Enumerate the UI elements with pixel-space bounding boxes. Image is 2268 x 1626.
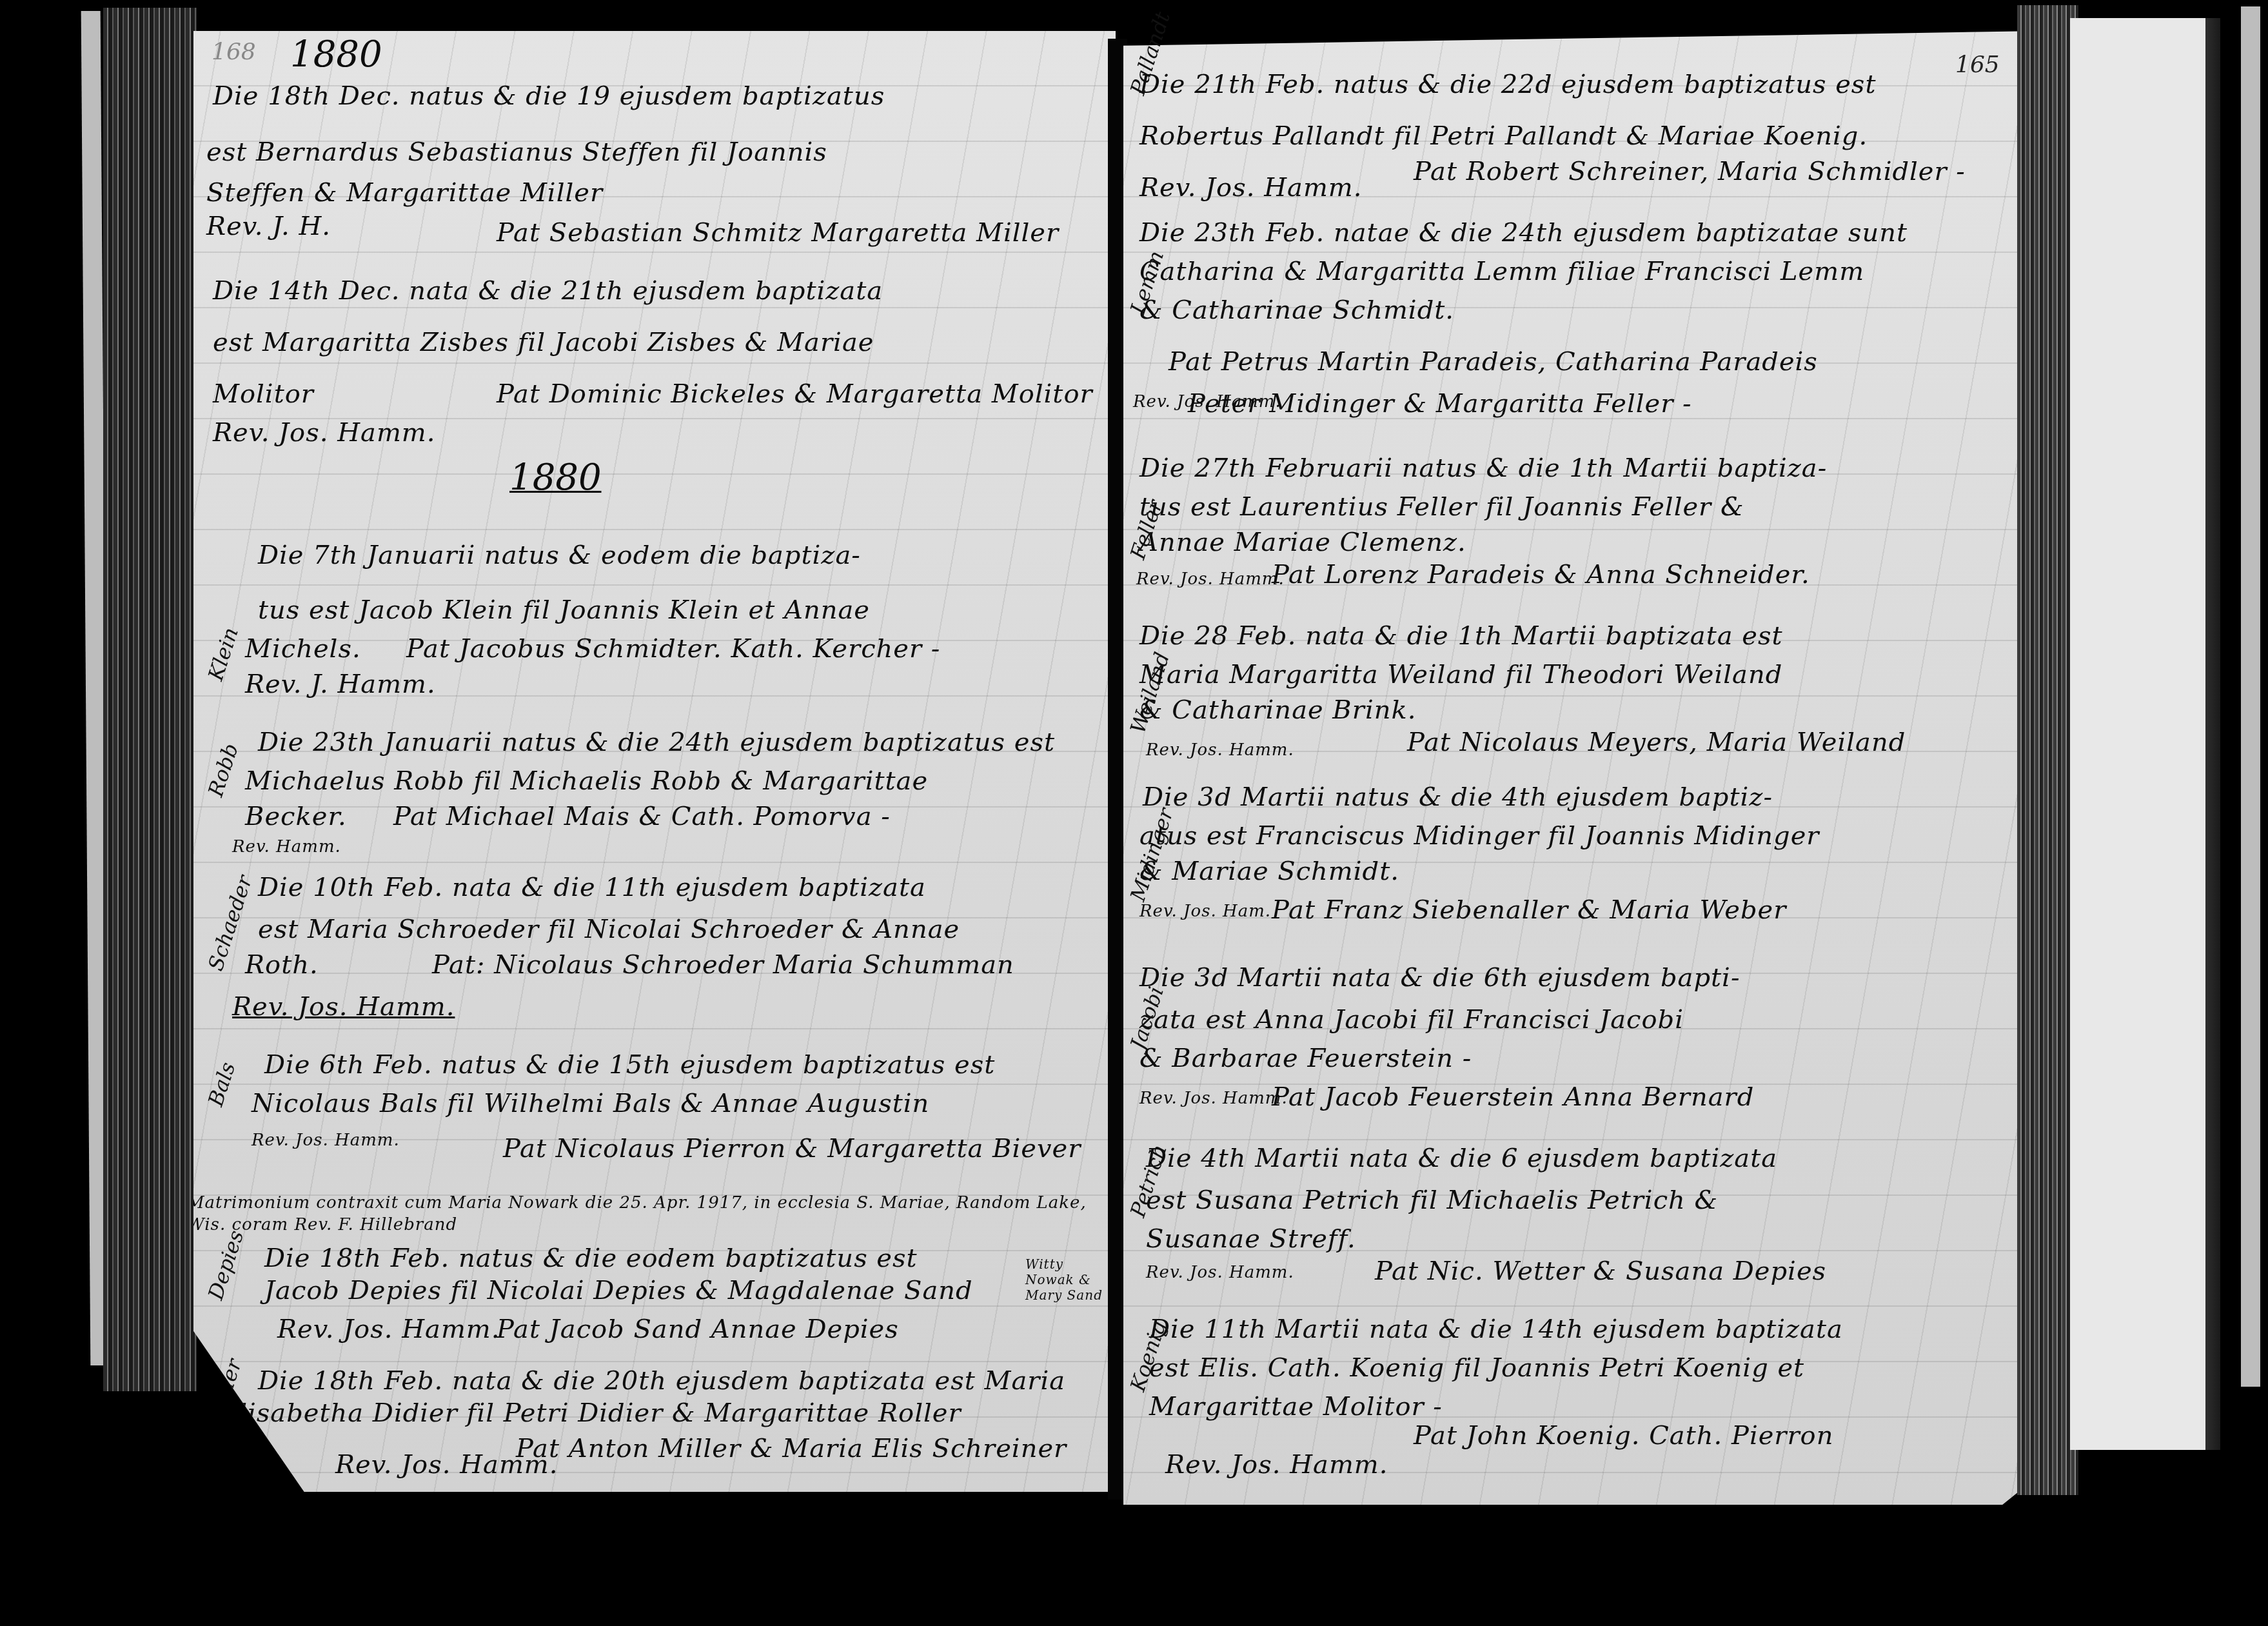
officiant: Rev. Jos. Hamm.	[1139, 1089, 1288, 1108]
sponsors: Peter Midinger & Margaritta Feller -	[1188, 389, 1692, 419]
entry-line: est Susana Petrich fil Michaelis Petrich…	[1146, 1185, 1718, 1215]
entry-line: Becker.	[245, 802, 347, 831]
entry-line: atus est Franciscus Midinger fil Joannis…	[1139, 821, 1820, 851]
entry-line: Die 27th Februarii natus & die 1th Marti…	[1139, 453, 1827, 483]
entry-line: & Mariae Schmidt.	[1139, 857, 1399, 886]
entry-line: Die 10th Feb. nata & die 11th ejusdem ba…	[258, 873, 926, 902]
officiant: Rev. J. Hamm.	[245, 669, 436, 699]
sponsors: Pat Jacob Feuerstein Anna Bernard	[1272, 1082, 1754, 1112]
entry-line: Die 6th Feb. natus & die 15th ejusdem ba…	[264, 1050, 995, 1080]
right-page-block	[2017, 5, 2078, 1495]
officiant: Rev. Jos. Hamm.	[1146, 740, 1294, 760]
side-annotation: Witty Nowak & Mary Sand	[1025, 1256, 1103, 1303]
entry-line: Die 23th Feb. natae & die 24th ejusdem b…	[1139, 218, 1908, 248]
sponsors: Pat Jacob Sand Annae Depies	[497, 1314, 899, 1344]
sponsors: Pat John Koenig. Cath. Pierron	[1414, 1421, 1833, 1451]
sponsors: Pat Sebastian Schmitz Margaretta Miller	[497, 218, 1059, 248]
officiant: Rev. Hamm.	[232, 837, 341, 857]
entry-line: Nicolaus Bals fil Wilhelmi Bals & Annae …	[251, 1089, 929, 1118]
sponsors: Pat Anton Miller & Maria Elis Schreiner	[516, 1434, 1067, 1463]
entry-line: est Margaritta Zisbes fil Jacobi Zisbes …	[213, 328, 874, 357]
entry-line: Michaelus Robb fil Michaelis Robb & Marg…	[245, 766, 928, 796]
left-page: 168 1880 Die 18th Dec. natus & die 19 ej…	[193, 31, 1116, 1492]
officiant: Rev. Jos. Ham.	[1139, 902, 1271, 921]
entry-line: Die 28 Feb. nata & die 1th Martii baptiz…	[1139, 621, 1783, 651]
officiant: Rev. Jos. Hamm.	[1146, 1263, 1294, 1282]
entry-line: est Maria Schroeder fil Nicolai Schroede…	[258, 915, 960, 944]
sponsors: Pat Jacobus Schmidter. Kath. Kercher -	[406, 634, 940, 664]
officiant: Rev. Jos. Hamm.	[251, 1131, 400, 1150]
officiant: Rev. Jos. Hamm.	[213, 418, 435, 448]
loose-sheet-edge	[2241, 6, 2260, 1387]
loose-inserted-sheet	[2070, 18, 2205, 1450]
entry-line: Susanae Streff.	[1146, 1224, 1356, 1254]
officiant: Rev. Jos. Hamm.	[1165, 1450, 1388, 1480]
sponsors: Pat Lorenz Paradeis & Anna Schneider.	[1272, 560, 1810, 590]
entry-line: Die 7th Januarii natus & eodem die bapti…	[258, 540, 861, 570]
page-number-right: 165	[1955, 52, 2000, 78]
officiant: Rev. Jos. Hamm.	[335, 1450, 558, 1480]
year-header-top: 1880	[290, 34, 382, 75]
page-number-left: 168	[212, 39, 256, 65]
entry-line: Elisabetha Didier fil Petri Didier & Mar…	[219, 1398, 961, 1428]
entry-line: Jacob Depies fil Nicolai Depies & Magdal…	[264, 1276, 973, 1305]
entry-line: Die 21th Feb. natus & die 22d ejusdem ba…	[1139, 70, 1876, 99]
entry-line: Robertus Pallandt fil Petri Pallandt & M…	[1139, 121, 1868, 151]
sponsors: Pat Nicolaus Pierron & Margaretta Biever	[503, 1134, 1081, 1164]
officiant: Rev. J. H.	[206, 212, 331, 241]
entry-line: zata est Anna Jacobi fil Francisci Jacob…	[1139, 1005, 1684, 1035]
entry-line: & Catharinae Schmidt.	[1139, 295, 1454, 325]
entry-line: tus est Laurentius Feller fil Joannis Fe…	[1139, 492, 1744, 522]
entry-line: Die 18th Dec. natus & die 19 ejusdem bap…	[213, 81, 885, 111]
sponsors: Pat Franz Siebenaller & Maria Weber	[1272, 895, 1786, 925]
entry-line: Die 3d Martii nata & die 6th ejusdem bap…	[1139, 963, 1740, 993]
entry-line: Annae Mariae Clemenz.	[1139, 528, 1466, 557]
book-scan: 168 1880 Die 18th Dec. natus & die 19 ej…	[0, 0, 2268, 1626]
marriage-annotation: Matrimonium contraxit cum Maria Nowark d…	[187, 1192, 1090, 1236]
entry-line: Die 4th Martii nata & die 6 ejusdem bapt…	[1146, 1144, 1777, 1173]
officiant: Rev. Jos. Hamm.	[1136, 570, 1285, 589]
sponsors: Pat Nicolaus Meyers, Maria Weiland	[1407, 728, 1906, 757]
officiant: Rev. Jos. Hamm.	[277, 1314, 500, 1344]
entry-line: Michels.	[245, 634, 361, 664]
sponsors: Pat Petrus Martin Paradeis, Catharina Pa…	[1169, 347, 1818, 377]
entry-line: Catharina & Margaritta Lemm filiae Franc…	[1139, 257, 1864, 286]
sponsors: Pat Michael Mais & Cath. Pomorva -	[393, 802, 891, 831]
entry-line: & Barbarae Feuerstein -	[1139, 1044, 1472, 1073]
right-page: 165 Die 21th Feb. natus & die 22d ejusde…	[1123, 31, 2039, 1505]
left-page-block	[103, 8, 197, 1391]
entry-line: est Bernardus Sebastianus Steffen fil Jo…	[206, 137, 827, 167]
entry-line: est Elis. Cath. Koenig fil Joannis Petri…	[1149, 1353, 1804, 1383]
entry-line: Maria Margaritta Weiland fil Theodori We…	[1139, 660, 1782, 689]
entry-line: Die 14th Dec. nata & die 21th ejusdem ba…	[213, 276, 883, 306]
entry-line: & Catharinae Brink.	[1139, 695, 1416, 725]
entry-line: Molitor	[213, 379, 314, 409]
year-header-mid: 1880	[509, 457, 602, 499]
sponsors: Pat Dominic Bickeles & Margaretta Molito…	[497, 379, 1093, 409]
entry-line: tus est Jacob Klein fil Joannis Klein et…	[258, 595, 870, 625]
entry-line: Die 23th Januarii natus & die 24th ejusd…	[258, 728, 1055, 757]
entry-line: Die 3d Martii natus & die 4th ejusdem ba…	[1143, 782, 1773, 812]
entry-line: Steffen & Margarittae Miller	[206, 178, 603, 208]
entry-line: Margarittae Molitor -	[1149, 1392, 1443, 1422]
sponsors: Pat Robert Schreiner, Maria Schmidler -	[1414, 157, 1966, 186]
entry-line: Die 18th Feb. natus & die eodem baptizat…	[264, 1244, 918, 1273]
officiant: Rev. Jos. Hamm.	[1139, 173, 1362, 203]
entry-line: Roth.	[245, 950, 319, 980]
entry-line: Die 11th Martii nata & die 14th ejusdem …	[1149, 1314, 1843, 1344]
entry-line: Die 18th Feb. nata & die 20th ejusdem ba…	[258, 1366, 1065, 1396]
officiant: Rev. Jos. Hamm.	[232, 992, 455, 1022]
sponsors: Pat Nic. Wetter & Susana Depies	[1375, 1256, 1826, 1286]
sponsors: Pat: Nicolaus Schroeder Maria Schumman	[432, 950, 1014, 980]
